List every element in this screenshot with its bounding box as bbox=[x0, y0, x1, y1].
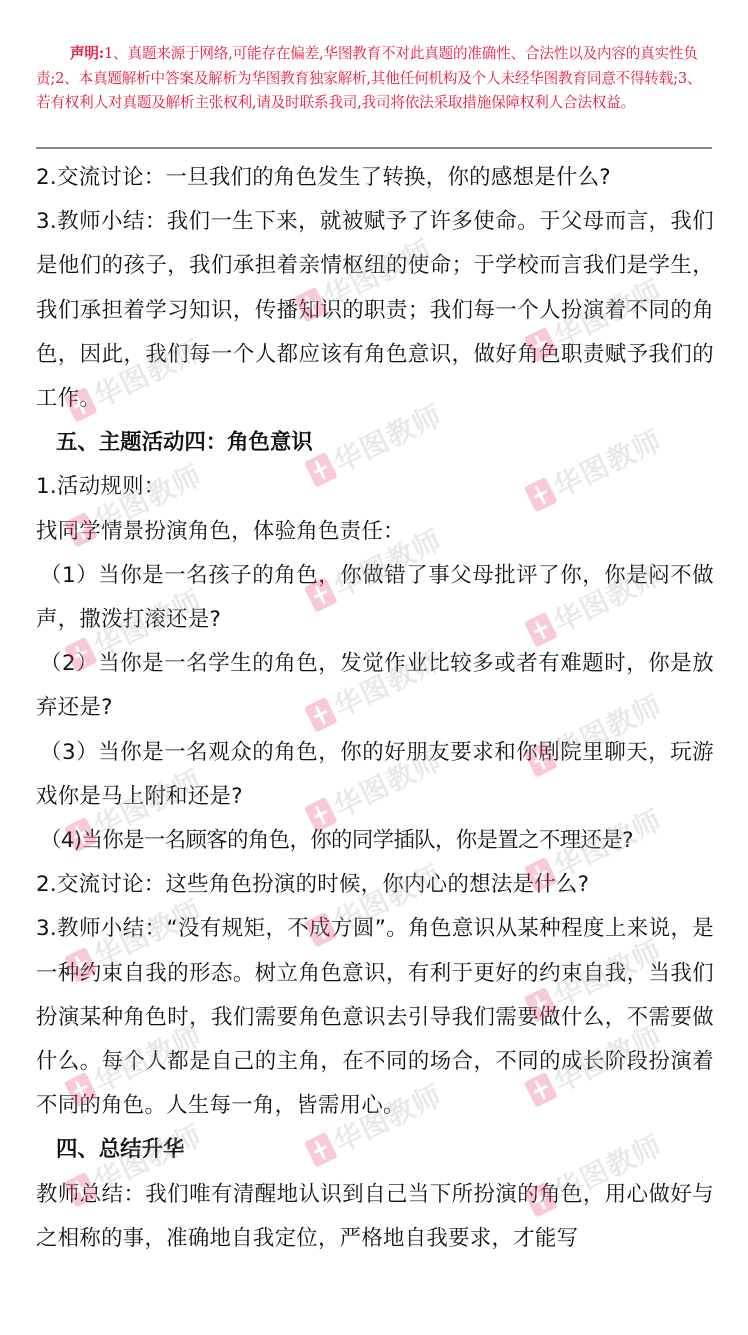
paragraph-scenario-2: （2）当你是一名学生的角色，发觉作业比较多或者有难题时，你是放弃还是? bbox=[36, 642, 714, 730]
paragraph-teacher-summary-1: 3.教师小结：我们一生下来，就被赋予了许多使命。于父母而言，我们是他们的孩子，我… bbox=[36, 200, 714, 421]
paragraph-teacher-summary-2: 3.教师小结：“没有规矩，不成方圆”。角色意识从某种程度上来说，是一种约束自我的… bbox=[36, 907, 714, 1128]
paragraph-discussion-1: 2.交流讨论：一旦我们的角色发生了转换，你的感想是什么? bbox=[36, 156, 714, 200]
paragraph-scenario-4: （4)当你是一名顾客的角色，你的同学插队，你是置之不理还是? bbox=[36, 819, 714, 863]
paragraph-teacher-conclusion: 教师总结：我们唯有清醒地认识到自己当下所扮演的角色，用心做好与之相称的事，准确地… bbox=[36, 1173, 714, 1261]
section-heading-activity-4: 五、主题活动四：角色意识 bbox=[36, 421, 714, 465]
divider bbox=[36, 147, 712, 149]
paragraph-activity-rules: 1.活动规则： bbox=[36, 465, 714, 509]
disclaimer-label: 声明: bbox=[70, 45, 104, 62]
paragraph-scenario-1: （1）当你是一名孩子的角色，你做错了事父母批评了你，你是闷不做声，撒泼打滚还是? bbox=[36, 554, 714, 642]
paragraph-discussion-2: 2.交流讨论：这些角色扮演的时候，你内心的想法是什么? bbox=[36, 863, 714, 907]
disclaimer: 声明:1、真题来源于网络,可能存在偏差,华图教育不对此真题的准确性、合法性以及内… bbox=[36, 42, 712, 116]
paragraph-role-play-intro: 找同学情景扮演角色，体验角色责任： bbox=[36, 510, 714, 554]
document-body: 2.交流讨论：一旦我们的角色发生了转换，你的感想是什么? 3.教师小结：我们一生… bbox=[36, 156, 714, 1261]
section-heading-summary: 四、总结升华 bbox=[36, 1128, 714, 1172]
disclaimer-text: 1、真题来源于网络,可能存在偏差,华图教育不对此真题的准确性、合法性以及内容的真… bbox=[36, 45, 701, 111]
paragraph-scenario-3: （3）当你是一名观众的角色，你的好朋友要求和你剧院里聊天，玩游戏你是马上附和还是… bbox=[36, 731, 714, 819]
